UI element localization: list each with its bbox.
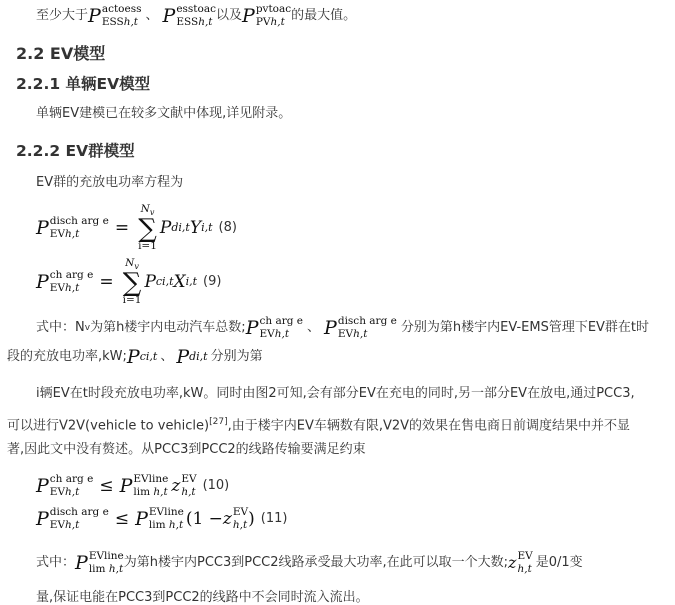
math-P: P <box>242 7 255 25</box>
heading-2-2-1: 2.2.1 单辆EV模型 <box>16 72 150 94</box>
text: 以及 <box>216 7 242 25</box>
heading-2-2: 2.2 EV模型 <box>16 41 105 64</box>
summation-icon: Nv∑i=1 <box>138 204 157 252</box>
equation-11: P disch arg eEVh,t ≤ P EVlinelim h,t (1 … <box>36 507 287 530</box>
math-P: P <box>163 7 176 25</box>
paragraph-v2v-line3: 著,因此文中没有赘述。从PCC3到PCC2的线路传输要满足约束 <box>7 441 366 459</box>
math-P: P <box>88 7 101 25</box>
summation-icon: Nv∑i=1 <box>123 258 142 306</box>
text: 、 <box>146 7 159 25</box>
citation-link[interactable]: [27] <box>209 417 227 427</box>
paragraph-v2v-line2: 可以进行V2V(vehicle to vehicle)[27],由于楼宇内EV车… <box>7 413 630 435</box>
math-subsup: actoessESSh,t <box>102 4 142 27</box>
paragraph-single-ev: 单辆EV建模已在较多文献中体现,详见附录。 <box>36 105 291 123</box>
paragraph-where-2-line2: 量,保证电能在PCC3到PCC2的线路中不会同时流入流出。 <box>36 589 369 605</box>
text: 至少大于 <box>36 7 88 25</box>
paragraph-where-1: 式中：Nv 为第h楼宇内电动汽车总数; P ch arg eEVh,t 、 P … <box>36 316 649 339</box>
paragraph-where-1-line2: 段的充放电功率,kW; Pci,t 、 Pdi,t 分别为第 <box>7 348 263 366</box>
heading-2-2-2: 2.2.2 EV群模型 <box>16 139 135 161</box>
paragraph-v2v-line1: i辆EV在t时段充放电功率,kW。同时由图2可知,会有部分EV在充电的同时,另一… <box>36 385 635 403</box>
paragraph-where-2: 式中： P EVlinelim h,t 为第h楼宇内PCC3到PCC2线路承受最… <box>36 551 583 574</box>
paragraph-group-intro: EV群的充放电功率方程为 <box>36 174 183 192</box>
equation-10: P ch arg eEVh,t ≤ P EVlinelim h,t z EVh,… <box>36 474 229 497</box>
text: 的最大值。 <box>291 7 356 25</box>
paragraph-max-value: 至少大于 P actoessESSh,t 、 P esstoacESSh,t 以… <box>36 4 356 27</box>
equation-9: P ch arg eEVh,t = Nv∑i=1 Pci,t Xi,t (9) <box>36 258 221 306</box>
math-subsup: pvtoacPVh,t <box>256 4 291 27</box>
equation-8: P disch arg eEVh,t = Nv∑i=1 Pdi,t Yi,t (… <box>36 204 237 252</box>
math-subsup: esstoacESSh,t <box>176 4 216 27</box>
